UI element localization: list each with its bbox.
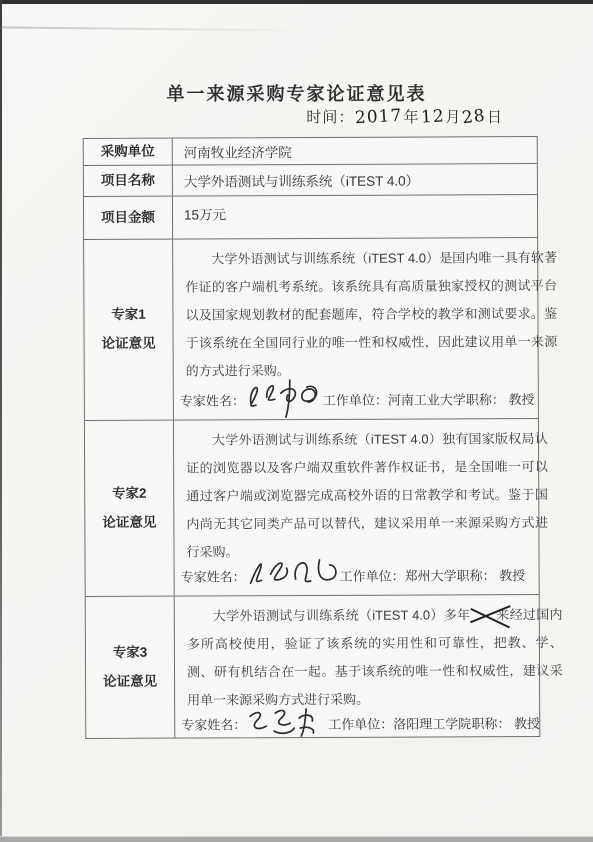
expert3-workunit-label: 工作单位： [328, 714, 393, 733]
expert3-jobtitle-label: 职称： [471, 716, 510, 731]
expert2-opinion-text: 大学外语测试与训练系统（iTEST 4.0）独有国家版权局认证的浏览器以及客户端… [186, 425, 548, 567]
date-year-unit: 年 [404, 110, 420, 126]
expert2-workunit-label: 工作单位： [340, 566, 405, 585]
table-row-project-name: 项目名称 大学外语测试与训练系统（iTEST 4.0） [84, 164, 537, 197]
table-row-expert1: 专家1 论证意见 大学外语测试与训练系统（iTEST 4.0）是国内唯一具有软著… [84, 238, 538, 421]
expert2-opinion-cell: 大学外语测试与训练系统（iTEST 4.0）独有国家版权局认证的浏览器以及客户端… [174, 419, 559, 596]
expert2-name-label: 专家姓名： [181, 566, 246, 585]
table-row-expert2: 专家2 论证意见 大学外语测试与训练系统（iTEST 4.0）独有国家版权局认证… [85, 419, 539, 597]
project-amount-label: 项目金额 [84, 197, 173, 239]
expert2-label: 专家2 论证意见 [85, 421, 175, 596]
expert3-opinion-struck-char: 来 [470, 601, 509, 629]
expert3-opinion-before: 大学外语测试与训练系统（iTEST 4.0）多年 [213, 607, 471, 623]
expert1-signature-row: 专家姓名： 工作单位： 河南工业大学 职称： [180, 389, 561, 410]
expert2-label-line2: 论证意见 [102, 514, 156, 531]
page-title: 单一来源采购专家论证意见表 [0, 80, 593, 106]
paper-crease [0, 26, 310, 31]
scan-edge-top [0, 0, 593, 4]
expert1-label-line1: 专家1 [111, 307, 146, 324]
project-name-label: 项目名称 [84, 166, 173, 196]
expert3-signature-row: 专家姓名： 工作单位： 洛阳理工学院 职称： [181, 713, 566, 734]
expert2-jobtitle-value: 教授 [499, 568, 525, 583]
expert3-jobtitle-group: 职称： 教授 [471, 713, 566, 732]
expert1-label-line2: 论证意见 [102, 336, 156, 353]
expert3-opinion-text: 大学外语测试与训练系统（iTEST 4.0）多年来经过国内多所高校使用，验证了该… [187, 601, 563, 715]
expert3-name-label: 专家姓名： [181, 714, 246, 733]
expert1-name-label: 专家姓名： [180, 390, 245, 409]
date-day-handwritten: 28 [460, 106, 488, 129]
date-month-handwritten: 12 [419, 106, 446, 127]
expert3-handwritten-signature [246, 703, 324, 739]
project-amount-value: 15万元 [173, 195, 537, 239]
expert3-label-line2: 论证意见 [103, 673, 157, 690]
expert2-handwritten-signature [246, 552, 338, 588]
expert2-label-line1: 专家2 [112, 485, 147, 502]
expert2-jobtitle-label: 职称： [457, 568, 496, 583]
project-name-value: 大学外语测试与训练系统（iTEST 4.0） [173, 164, 537, 196]
expert1-workunit-value: 河南工业大学 [388, 389, 466, 408]
date-month-unit: 月 [445, 110, 461, 126]
scan-edge-bottom [0, 836, 593, 842]
expert1-jobtitle-group: 职称： 教授 [466, 389, 561, 408]
table-row-purchasing-unit: 采购单位 河南牧业经济学院 [84, 137, 537, 166]
expert1-handwritten-signature [245, 372, 321, 420]
scanned-document-page: 单一来源采购专家论证意见表 时间：2017年12月28日 采购单位 河南牧业经济… [0, 0, 593, 842]
expert3-jobtitle-value: 教授 [514, 716, 540, 731]
expert1-workunit-label: 工作单位： [323, 390, 388, 409]
purchasing-unit-value: 河南牧业经济学院 [173, 137, 537, 165]
purchasing-unit-label: 采购单位 [84, 139, 173, 165]
expert1-jobtitle-label: 职称： [466, 392, 505, 407]
expert1-opinion-text: 大学外语测试与训练系统（iTEST 4.0）是国内唯一具有软著作证的客户端机考系… [185, 244, 557, 386]
date-year-handwritten: 2017 [354, 106, 404, 129]
expert3-workunit-value: 洛阳理工学院 [393, 713, 471, 732]
expert1-opinion-cell: 大学外语测试与训练系统（iTEST 4.0）是国内唯一具有软著作证的客户端机考系… [173, 238, 568, 420]
scan-edge-left [0, 0, 2, 842]
table-row-project-amount: 项目金额 15万元 [84, 195, 537, 240]
table-row-expert3: 专家3 论证意见 大学外语测试与训练系统（iTEST 4.0）多年来经过国内多所… [86, 595, 540, 738]
expert2-jobtitle-group: 职称： 教授 [457, 565, 552, 584]
date-line: 时间：2017年12月28日 [306, 106, 503, 127]
expert1-label: 专家1 论证意见 [84, 240, 174, 420]
expert3-label-line1: 专家3 [113, 644, 148, 661]
expert2-workunit-value: 郑州大学 [405, 565, 457, 584]
expert3-label: 专家3 论证意见 [86, 597, 176, 738]
expert3-opinion-cell: 大学外语测试与训练系统（iTEST 4.0）多年来经过国内多所高校使用，验证了该… [175, 595, 574, 738]
date-label: 时间： [306, 110, 354, 126]
expert1-jobtitle-value: 教授 [508, 392, 534, 407]
date-day-unit: 日 [487, 110, 503, 126]
opinion-form-table: 采购单位 河南牧业经济学院 项目名称 大学外语测试与训练系统（iTEST 4.0… [83, 136, 541, 739]
expert2-signature-row: 专家姓名： 工作单位： 郑州大学 职称： 教授 [181, 565, 552, 586]
